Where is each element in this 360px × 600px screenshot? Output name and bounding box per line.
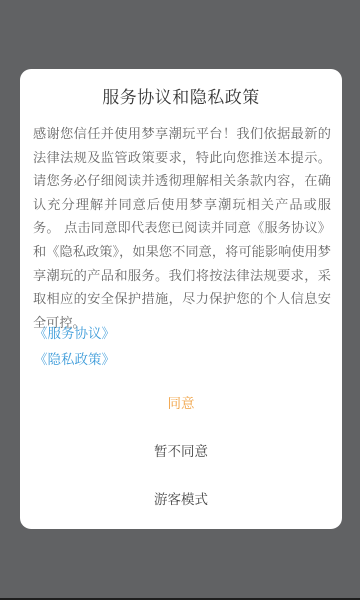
dialog-title: 服务协议和隐私政策 bbox=[20, 83, 342, 108]
privacy-policy-link[interactable]: 《隐私政策》 bbox=[34, 347, 115, 373]
policy-links: 《服务协议》 《隐私政策》 bbox=[34, 321, 115, 373]
dialog-body-text: 感谢您信任并使用梦享潮玩平台！我们依据最新的法律法规及监管政策要求，特此向您推送… bbox=[33, 123, 331, 335]
privacy-agreement-dialog: 服务协议和隐私政策 感谢您信任并使用梦享潮玩平台！我们依据最新的法律法规及监管政… bbox=[20, 69, 342, 529]
guest-mode-button[interactable]: 游客模式 bbox=[20, 479, 342, 519]
disagree-button[interactable]: 暂不同意 bbox=[20, 431, 342, 471]
service-agreement-link[interactable]: 《服务协议》 bbox=[34, 321, 115, 347]
agree-button[interactable]: 同意 bbox=[20, 383, 342, 423]
